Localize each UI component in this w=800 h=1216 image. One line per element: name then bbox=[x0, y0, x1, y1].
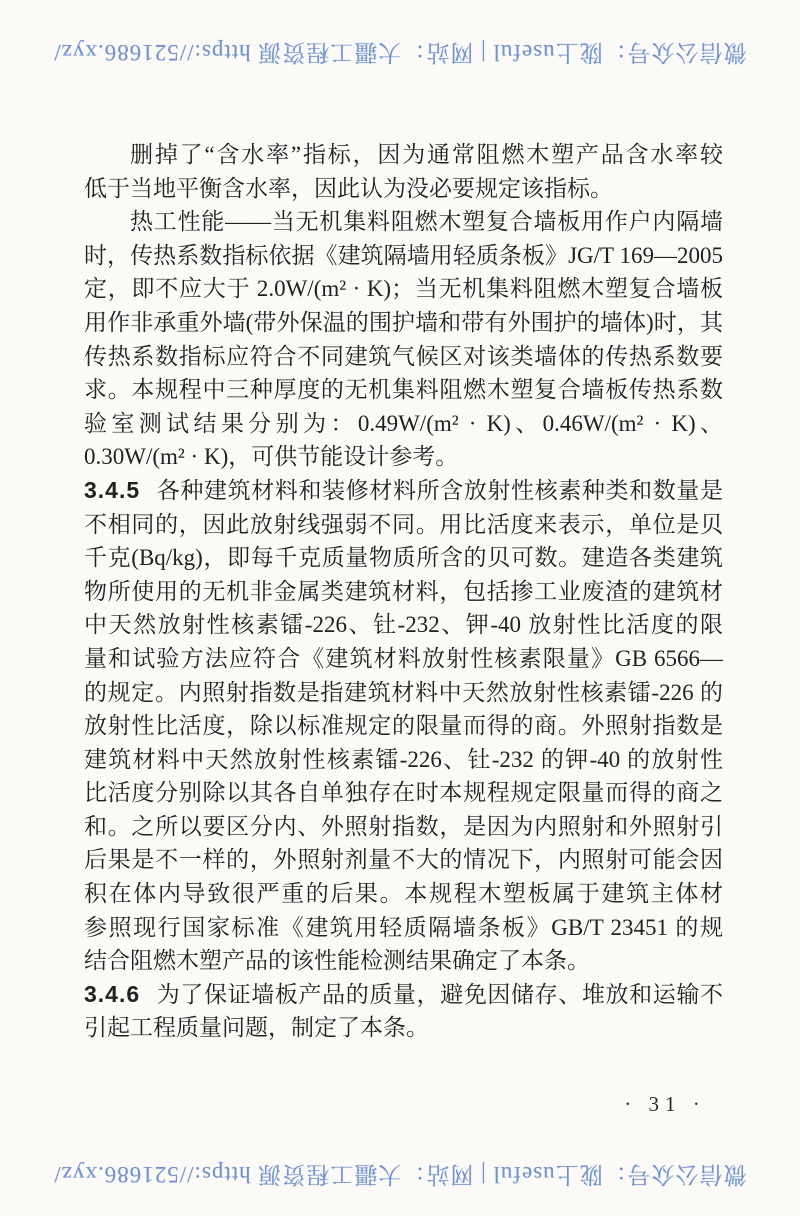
text-line: 求。本规程中三种厚度的无机集料阻燃木塑复合墙板传热系数实 bbox=[84, 373, 723, 407]
watermark-bottom: 微信公众号：陇上useful | 网站：大疆工程资源 https://52168… bbox=[0, 1160, 800, 1193]
text-line: 积在体内导致很严重的后果。本规程木塑板属于建筑主体材料， bbox=[84, 877, 723, 911]
text-line: 引起工程质量问题，制定了本条。 bbox=[84, 1011, 723, 1045]
scanned-document-page: 微信公众号：陇上useful | 网站：大疆工程资源 https://52168… bbox=[0, 0, 800, 1216]
text-line: 低于当地平衡含水率，因此认为没必要规定该指标。 bbox=[84, 172, 723, 206]
text-line: 验室测试结果分别为：0.49W/(m² · K)、0.46W/(m² · K)、 bbox=[84, 407, 723, 441]
section-number: 3.4.6 bbox=[84, 981, 140, 1007]
text-line: 时，传热系数指标依据《建筑隔墙用轻质条板》JG/T 169—2005 确 bbox=[84, 239, 723, 273]
text-line: 用作非承重外墙(带外保温的围护墙和带有外围护的墙体)时，其 bbox=[84, 306, 723, 340]
text-line: 热工性能——当无机集料阻燃木塑复合墙板用作户内隔墙 bbox=[84, 205, 723, 239]
text-line: 传热系数指标应符合不同建筑气候区对该类墙体的传热系数要 bbox=[84, 340, 723, 374]
text-line: 建筑材料中天然放射性核素镭-226、钍-232 的钾-40 的放射性 bbox=[84, 743, 723, 777]
text-line: 千克(Bq/kg)，即每千克质量物质所含的贝可数。建造各类建筑 bbox=[84, 541, 723, 575]
text-line: 物所使用的无机非金属类建筑材料，包括掺工业废渣的建筑材料 bbox=[84, 575, 723, 609]
watermark-top: 微信公众号：陇上useful | 网站：大疆工程资源 https://52168… bbox=[0, 38, 800, 71]
text-line: 0.30W/(m² · K)，可供节能设计参考。 bbox=[84, 440, 723, 474]
text-line: 定，即不应大于 2.0W/(m² · K)；当无机集料阻燃木塑复合墙板 bbox=[84, 272, 723, 306]
text-line: 不相同的，因此放射线强弱不同。用比活度来表示，单位是贝可/ bbox=[84, 508, 723, 542]
text-line: 3.4.6为了保证墙板产品的质量，避免因储存、堆放和运输不当 bbox=[84, 978, 723, 1012]
text-line: 和。之所以要区分内、外照射指数，是因为内照射和外照射引起的 bbox=[84, 810, 723, 844]
text-line: 中天然放射性核素镭-226、钍-232、钾-40 放射性比活度的限 bbox=[84, 608, 723, 642]
body-text: 删掉了“含水率”指标，因为通常阻燃木塑产品含水率较低，且低于当地平衡含水率，因此… bbox=[84, 138, 723, 1045]
text-line: 比活度分别除以其各自单独存在时本规程规定限量而得的商之 bbox=[84, 776, 723, 810]
section-text: 各种建筑材料和装修材料所含放射性核素种类和数量是 bbox=[156, 478, 723, 503]
text-line: 删掉了“含水率”指标，因为通常阻燃木塑产品含水率较低，且 bbox=[84, 138, 723, 172]
text-line: 量和试验方法应符合《建筑材料放射性核素限量》GB 6566—2010 bbox=[84, 642, 723, 676]
section-text: 为了保证墙板产品的质量，避免因储存、堆放和运输不当 bbox=[84, 982, 723, 1012]
text-line: 3.4.5各种建筑材料和装修材料所含放射性核素种类和数量是 bbox=[84, 474, 723, 508]
text-line: 参照现行国家标准《建筑用轻质隔墙条板》GB/T 23451 的规定， bbox=[84, 911, 723, 945]
section-number: 3.4.5 bbox=[84, 477, 140, 503]
text-line: 后果是不一样的，外照射剂量不大的情况下，内照射可能会因为沉 bbox=[84, 843, 723, 877]
text-line: 放射性比活度，除以标准规定的限量而得的商。外照射指数是指 bbox=[84, 709, 723, 743]
page-number: · 31 · bbox=[590, 1092, 740, 1117]
text-line: 的规定。内照射指数是指建筑材料中天然放射性核素镭-226 的 bbox=[84, 676, 723, 710]
text-line: 结合阻燃木塑产品的该性能检测结果确定了本条。 bbox=[84, 944, 723, 978]
